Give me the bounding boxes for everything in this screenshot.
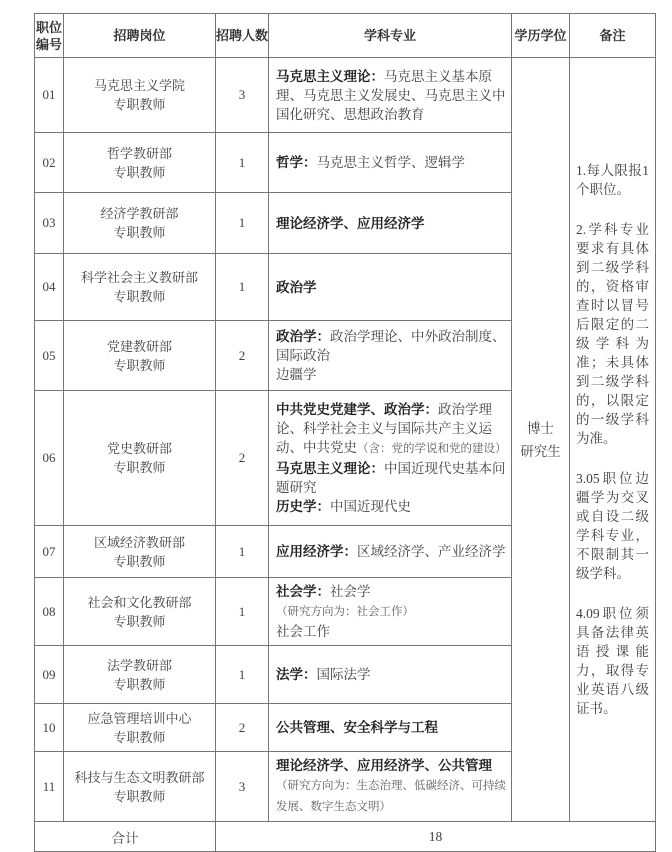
- major-lead: 法学：: [276, 667, 317, 682]
- column-header-3: 学科专业: [269, 14, 512, 58]
- remark-paragraph-3: 3.05职位边疆学为交叉或自设二级学科专业，不限制其一级学科。: [576, 469, 649, 583]
- column-header-1: 招聘岗位: [64, 14, 216, 58]
- position-id: 01: [35, 58, 64, 133]
- major-detail: 社会学: [330, 584, 371, 599]
- position-title: 社会和文化教研部专职教师: [64, 578, 216, 646]
- majors: 社会学：社会学（研究方向为：社会工作）社会工作: [269, 578, 512, 646]
- position-title: 科技与生态文明教研部专职教师: [64, 752, 216, 822]
- major-lead: 历史学：: [276, 499, 330, 514]
- headcount: 1: [216, 254, 269, 321]
- table-row-01: 01马克思主义学院专职教师3马克思主义理论：马克思主义基本原理、马克思主义发展史…: [35, 58, 656, 133]
- column-header-5: 备注: [570, 14, 656, 58]
- major-lead: 哲学：: [276, 155, 317, 170]
- headcount: 1: [216, 133, 269, 193]
- major-lead: 公共管理、安全科学与工程: [276, 720, 438, 735]
- major-note-small: （研究方向为：生态治理、低碳经济、可持续发展、数字生态文明）: [276, 780, 506, 813]
- position-id: 04: [35, 254, 64, 321]
- position-title-line: 党建教研部: [107, 339, 172, 354]
- position-id: 06: [35, 391, 64, 526]
- majors: 中共党史党建学、政治学：政治学理论、科学社会主义与国际共产主义运动、中共党史（含…: [269, 391, 512, 526]
- position-title-line: 党史教研部: [107, 441, 172, 456]
- headcount: 1: [216, 193, 269, 254]
- degree-line: 研究生: [520, 444, 561, 459]
- position-title: 法学教研部专职教师: [64, 646, 216, 704]
- headcount: 3: [216, 752, 269, 822]
- position-title-line: 法学教研部: [107, 658, 172, 673]
- position-title-line: 经济学教研部: [100, 206, 178, 221]
- position-title-line: 专职教师: [113, 677, 165, 692]
- major-detail: 区域经济学、产业经济学: [357, 544, 506, 559]
- remark-paragraph-4: 4.09职位须具备法律英语授课能力，取得专业英语八级证书。: [576, 604, 649, 718]
- major-lead: 社会学：: [276, 584, 330, 599]
- majors-paragraph: 政治学：政治学理论、中外政治制度、国际政治: [276, 327, 508, 365]
- majors-paragraph: 马克思主义理论：中国近现代史基本问题研究: [276, 459, 508, 497]
- position-title-line: 专职教师: [113, 97, 165, 112]
- major-lead: 理论经济学、应用经济学、公共管理: [276, 758, 492, 773]
- majors-paragraph: 理论经济学、应用经济学: [276, 214, 508, 233]
- position-title: 党建教研部专职教师: [64, 321, 216, 391]
- major-note-small: （研究方向为：社会工作）: [276, 606, 414, 618]
- major-lead: 理论经济学、应用经济学: [276, 216, 425, 231]
- major-detail: 国际法学: [317, 667, 371, 682]
- headcount: 1: [216, 526, 269, 578]
- position-title-line: 专职教师: [113, 289, 165, 304]
- majors-paragraph: 中共党史党建学、政治学：政治学理论、科学社会主义与国际共产主义运动、中共党史（含…: [276, 400, 508, 459]
- position-title: 马克思主义学院专职教师: [64, 58, 216, 133]
- degree-line: 博士: [527, 421, 554, 436]
- majors: 应用经济学：区域经济学、产业经济学: [269, 526, 512, 578]
- headcount: 1: [216, 578, 269, 646]
- majors-paragraph: 应用经济学：区域经济学、产业经济学: [276, 542, 508, 561]
- major-detail: 社会工作: [276, 624, 330, 639]
- position-title-line: 科学社会主义教研部: [81, 270, 198, 285]
- total-row: 合计 18: [35, 822, 656, 852]
- column-header-4: 学历学位: [512, 14, 570, 58]
- position-title: 应急管理培训中心专职教师: [64, 704, 216, 752]
- position-title-line: 哲学教研部: [107, 146, 172, 161]
- major-lead: 政治学: [276, 280, 317, 295]
- position-title-line: 区域经济教研部: [94, 535, 185, 550]
- remark-paragraph-1: 1.每人限报1个职位。: [576, 161, 649, 199]
- majors: 哲学：马克思主义哲学、逻辑学: [269, 133, 512, 193]
- degree-cell: 博士研究生: [512, 58, 570, 822]
- position-title-line: 专职教师: [113, 165, 165, 180]
- majors: 法学：国际法学: [269, 646, 512, 704]
- column-header-2: 招聘人数: [216, 14, 269, 58]
- total-label: 合计: [35, 822, 216, 852]
- majors-paragraph: 理论经济学、应用经济学、公共管理（研究方向为：生态治理、低碳经济、可持续发展、数…: [276, 756, 508, 817]
- header-row: 职位编号招聘岗位招聘人数学科专业学历学位备注: [35, 14, 656, 58]
- remark-paragraph-2: 2.学科专业要求有具体到二级学科的，资格审查时以冒号后限定的二级学科为准；未具体…: [576, 220, 649, 448]
- position-id: 02: [35, 133, 64, 193]
- majors-paragraph: 社会工作: [276, 622, 508, 641]
- major-lead: 应用经济学：: [276, 544, 357, 559]
- majors-paragraph: 政治学: [276, 278, 508, 297]
- position-title: 哲学教研部专职教师: [64, 133, 216, 193]
- position-id: 07: [35, 526, 64, 578]
- position-title: 党史教研部专职教师: [64, 391, 216, 526]
- majors-paragraph: 公共管理、安全科学与工程: [276, 718, 508, 737]
- position-id: 08: [35, 578, 64, 646]
- position-title-line: 社会和文化教研部: [87, 595, 191, 610]
- major-note-small: （含：党的学说和党的建设）: [357, 443, 507, 455]
- position-id: 09: [35, 646, 64, 704]
- majors-paragraph: 法学：国际法学: [276, 665, 508, 684]
- recruitment-table: 职位编号招聘岗位招聘人数学科专业学历学位备注 01马克思主义学院专职教师3马克思…: [34, 13, 656, 852]
- position-id: 10: [35, 704, 64, 752]
- position-title: 科学社会主义教研部专职教师: [64, 254, 216, 321]
- headcount: 2: [216, 391, 269, 526]
- position-title-line: 专职教师: [113, 554, 165, 569]
- majors: 马克思主义理论：马克思主义基本原理、马克思主义发展史、马克思主义中国化研究、思想…: [269, 58, 512, 133]
- position-id: 05: [35, 321, 64, 391]
- position-id: 11: [35, 752, 64, 822]
- majors-paragraph: 马克思主义理论：马克思主义基本原理、马克思主义发展史、马克思主义中国化研究、思想…: [276, 67, 508, 124]
- position-title-line: 专职教师: [113, 789, 165, 804]
- majors: 政治学：政治学理论、中外政治制度、国际政治边疆学: [269, 321, 512, 391]
- position-title-line: 专职教师: [113, 730, 165, 745]
- position-title-line: 科技与生态文明教研部: [74, 770, 204, 785]
- majors-paragraph: 社会学：社会学（研究方向为：社会工作）: [276, 582, 508, 622]
- position-title-line: 应急管理培训中心: [87, 711, 191, 726]
- major-lead: 马克思主义理论：: [276, 461, 384, 476]
- majors: 理论经济学、应用经济学、公共管理（研究方向为：生态治理、低碳经济、可持续发展、数…: [269, 752, 512, 822]
- headcount: 2: [216, 321, 269, 391]
- position-title: 区域经济教研部专职教师: [64, 526, 216, 578]
- remarks-cell: 1.每人限报1个职位。2.学科专业要求有具体到二级学科的，资格审查时以冒号后限定…: [570, 58, 656, 822]
- position-id: 03: [35, 193, 64, 254]
- majors-paragraph: 边疆学: [276, 365, 508, 384]
- major-detail: 马克思主义哲学、逻辑学: [317, 155, 466, 170]
- position-title-line: 专职教师: [113, 614, 165, 629]
- major-lead: 马克思主义理论：: [276, 69, 384, 84]
- majors-paragraph: 历史学：中国近现代史: [276, 497, 508, 516]
- major-detail: 边疆学: [276, 367, 317, 382]
- column-header-0: 职位编号: [35, 14, 64, 58]
- headcount: 1: [216, 646, 269, 704]
- position-title-line: 专职教师: [113, 358, 165, 373]
- major-detail: 中国近现代史: [330, 499, 411, 514]
- majors-paragraph: 哲学：马克思主义哲学、逻辑学: [276, 153, 508, 172]
- position-title-line: 专职教师: [113, 225, 165, 240]
- total-value: 18: [216, 822, 656, 852]
- headcount: 3: [216, 58, 269, 133]
- majors: 公共管理、安全科学与工程: [269, 704, 512, 752]
- position-title: 经济学教研部专职教师: [64, 193, 216, 254]
- major-lead: 政治学：: [276, 329, 330, 344]
- position-title-line: 专职教师: [113, 460, 165, 475]
- majors: 理论经济学、应用经济学: [269, 193, 512, 254]
- headcount: 2: [216, 704, 269, 752]
- major-lead: 中共党史党建学、政治学：: [276, 402, 438, 417]
- position-title-line: 马克思主义学院: [94, 78, 185, 93]
- majors: 政治学: [269, 254, 512, 321]
